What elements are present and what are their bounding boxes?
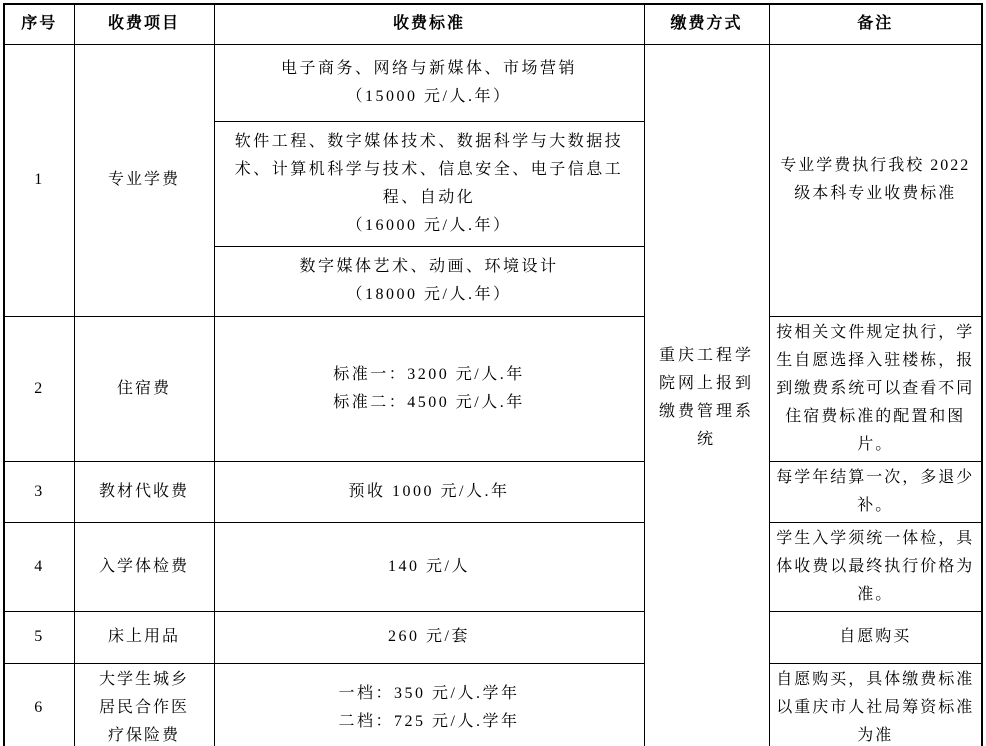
table-row: 1 专业学费 电子商务、网络与新媒体、市场营销 （15000 元/人.年） 重庆…: [4, 44, 982, 121]
fee-item-cell: 住宿费: [74, 316, 214, 461]
remark-cell: 自愿购买: [769, 611, 982, 663]
table-row: 3 教材代收费 预收 1000 元/人.年 每学年结算一次，多退少补。: [4, 461, 982, 522]
table-row: 4 入学体检费 140 元/人 学生入学须统一体检，具体收费以最终执行价格为准。: [4, 522, 982, 611]
payment-method-cell: 重庆工程学 院网上报到 缴费管理系 统: [644, 44, 769, 746]
remark-cell: 每学年结算一次，多退少补。: [769, 461, 982, 522]
row-number-cell: 4: [4, 522, 74, 611]
fee-item-cell: 专业学费: [74, 44, 214, 316]
row-number-cell: 6: [4, 663, 74, 746]
row-number-cell: 5: [4, 611, 74, 663]
fee-item-cell: 床上用品: [74, 611, 214, 663]
fee-standard-cell: 电子商务、网络与新媒体、市场营销 （15000 元/人.年）: [214, 44, 644, 121]
row-number-cell: 1: [4, 44, 74, 316]
fee-item-cell: 大学生城乡 居民合作医 疗保险费: [74, 663, 214, 746]
table-row: 2 住宿费 标准一：3200 元/人.年 标准二：4500 元/人.年 按相关文…: [4, 316, 982, 461]
header-row: 序号 收费项目 收费标准 缴费方式 备注: [4, 4, 982, 44]
fee-standard-cell: 数字媒体艺术、动画、环境设计 （18000 元/人.年）: [214, 246, 644, 316]
fee-standard-cell: 预收 1000 元/人.年: [214, 461, 644, 522]
fee-standard-cell: 软件工程、数字媒体技术、数据科学与大数据技术、计算机科学与技术、信息安全、电子信…: [214, 121, 644, 246]
fee-item-cell: 入学体检费: [74, 522, 214, 611]
remark-cell: 学生入学须统一体检，具体收费以最终执行价格为准。: [769, 522, 982, 611]
table-row: 5 床上用品 260 元/套 自愿购买: [4, 611, 982, 663]
fee-standard-cell: 标准一：3200 元/人.年 标准二：4500 元/人.年: [214, 316, 644, 461]
remark-cell: 按相关文件规定执行，学生自愿选择入驻楼栋，报到缴费系统可以查看不同住宿费标准的配…: [769, 316, 982, 461]
row-number-cell: 2: [4, 316, 74, 461]
fee-standard-cell: 140 元/人: [214, 522, 644, 611]
fee-schedule-table: 序号 收费项目 收费标准 缴费方式 备注 1 专业学费 电子商务、网络与新媒体、…: [3, 3, 983, 746]
header-cell-payment: 缴费方式: [644, 4, 769, 44]
table-row: 6 大学生城乡 居民合作医 疗保险费 一档：350 元/人.学年 二档：725 …: [4, 663, 982, 746]
header-cell-item: 收费项目: [74, 4, 214, 44]
fee-standard-cell: 260 元/套: [214, 611, 644, 663]
row-number-cell: 3: [4, 461, 74, 522]
header-cell-standard: 收费标准: [214, 4, 644, 44]
remark-cell: 专业学费执行我校 2022 级本科专业收费标准: [769, 44, 982, 316]
fee-standard-cell: 一档：350 元/人.学年 二档：725 元/人.学年: [214, 663, 644, 746]
fee-item-cell: 教材代收费: [74, 461, 214, 522]
header-cell-no: 序号: [4, 4, 74, 44]
remark-cell: 自愿购买，具体缴费标准以重庆市人社局筹资标准为准: [769, 663, 982, 746]
header-cell-remark: 备注: [769, 4, 982, 44]
